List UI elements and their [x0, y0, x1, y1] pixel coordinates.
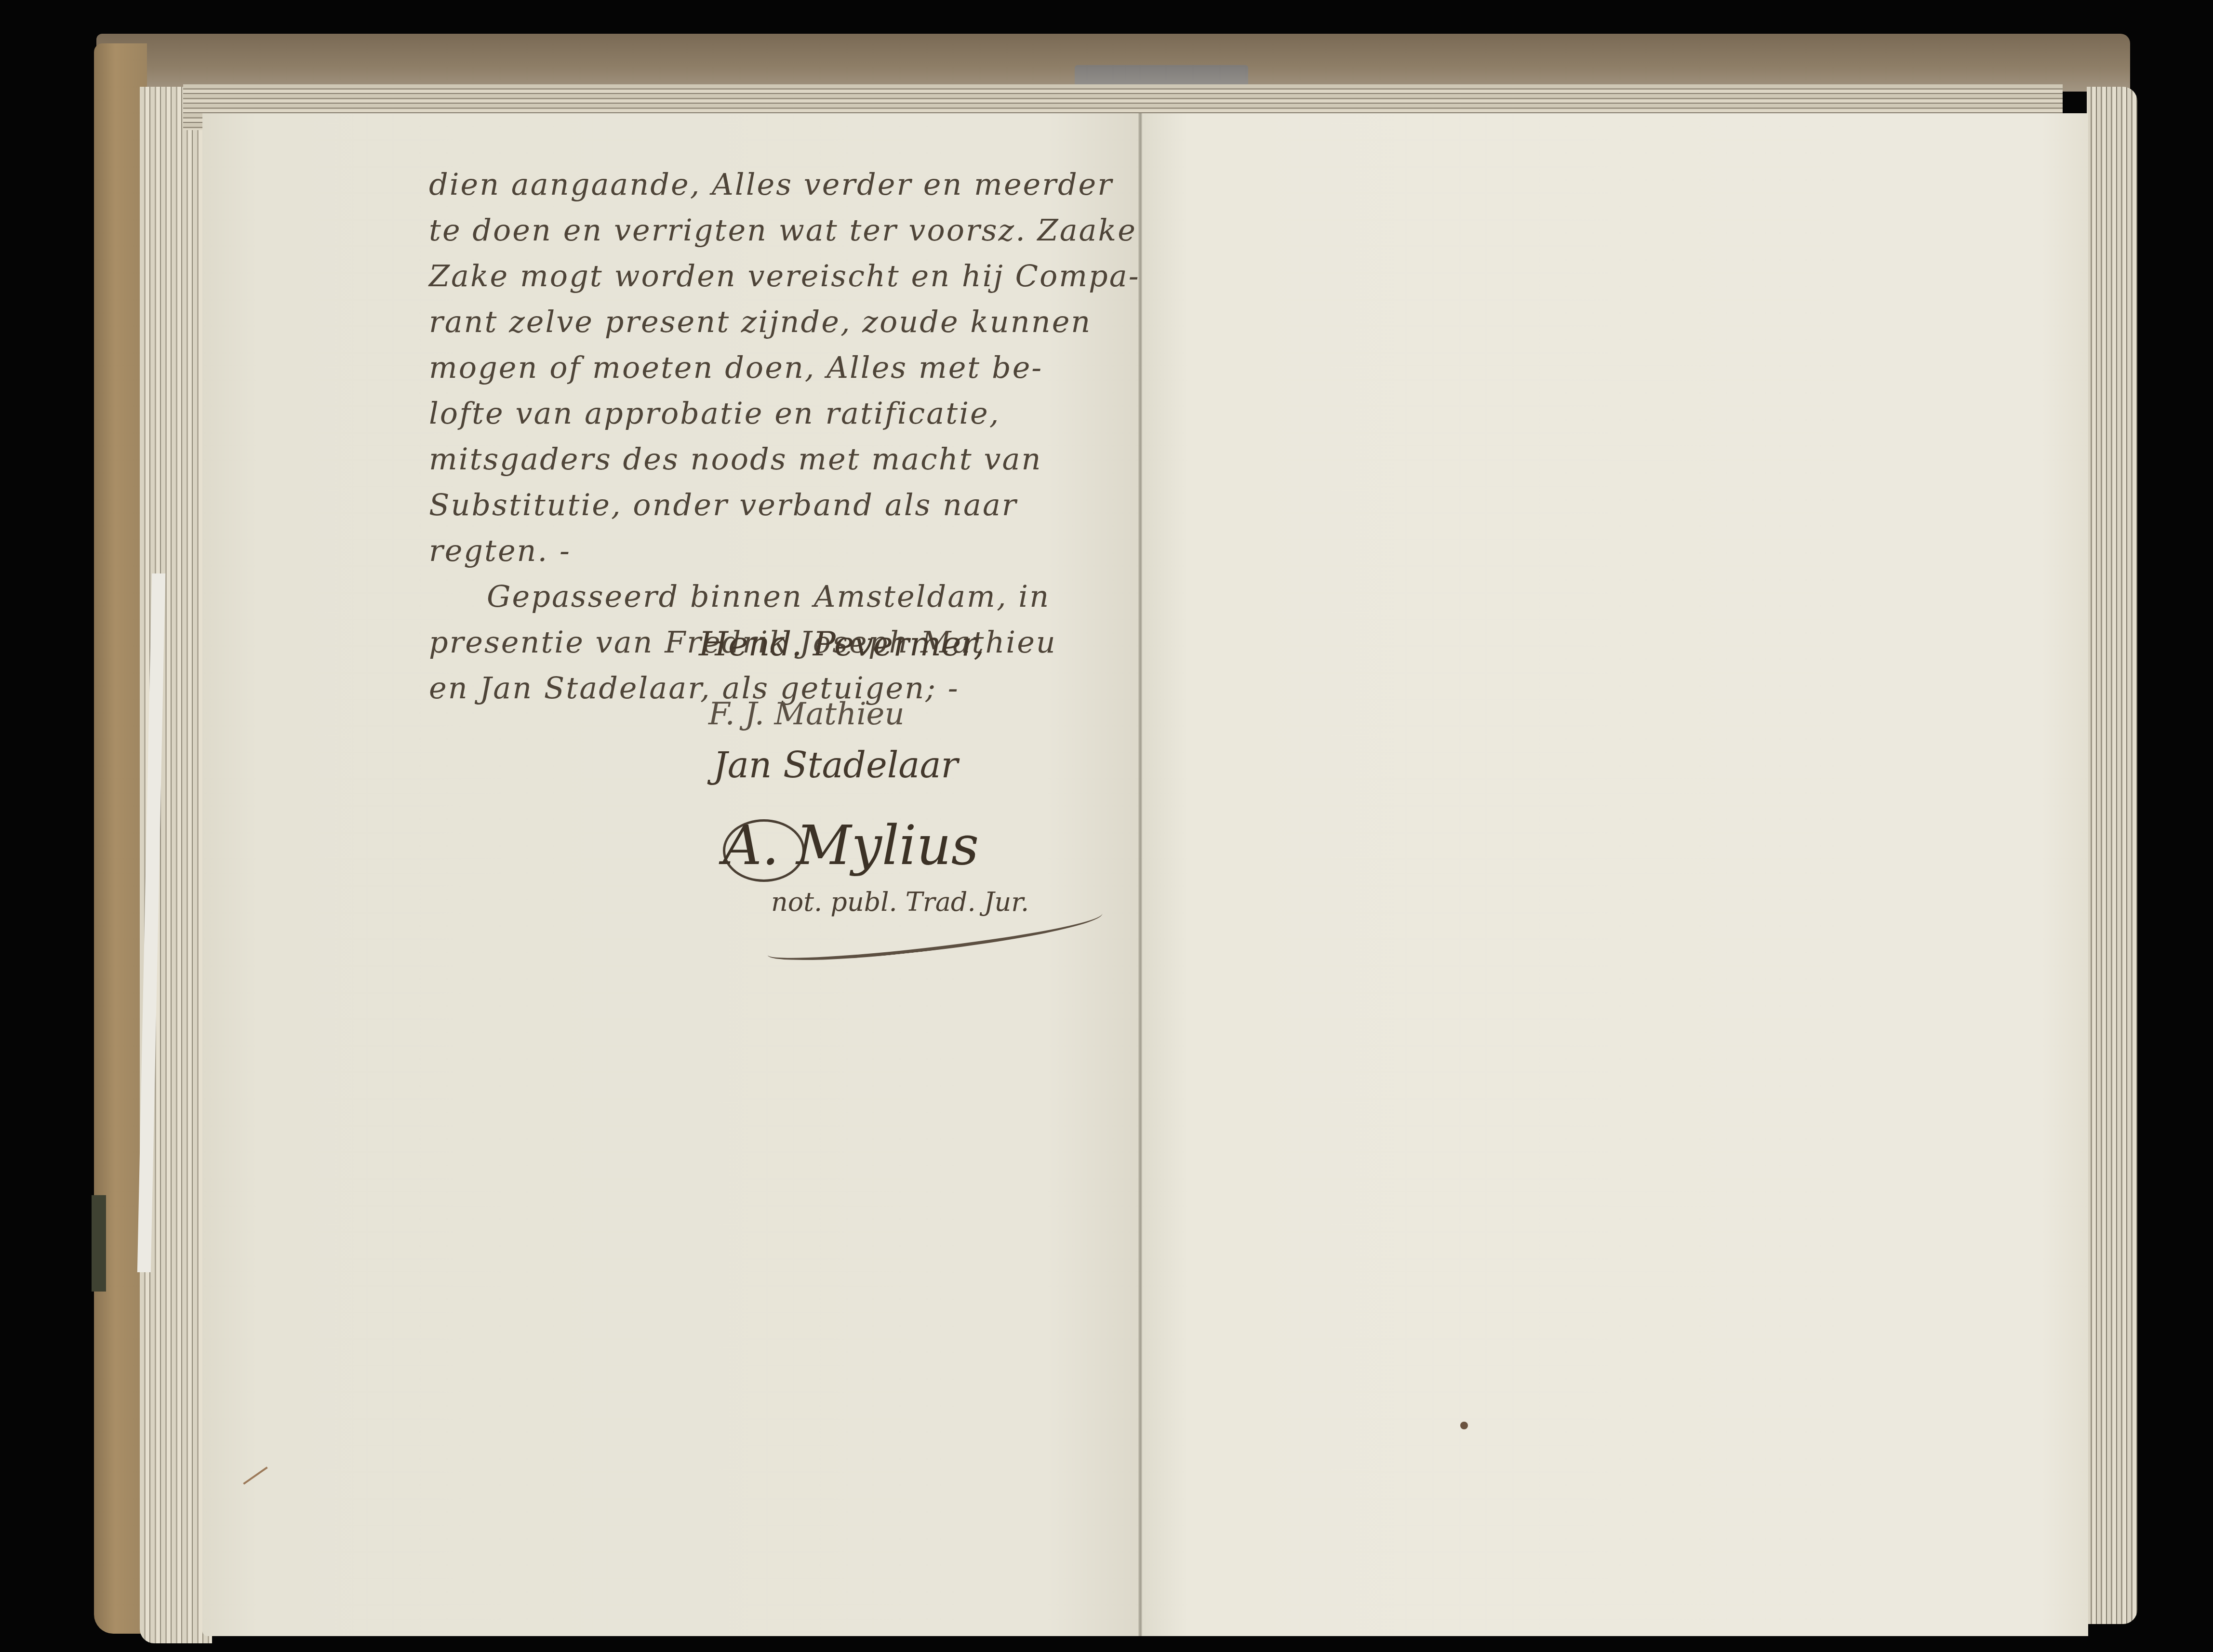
binding-ribbon: [92, 1195, 106, 1292]
gutter: [1138, 113, 1142, 1636]
signature-comparant: Hend. Pevermer,: [699, 624, 985, 664]
text-line: mogen of moeten doen, Alles met be-: [429, 345, 1133, 390]
signature-notary: A. Mylius: [723, 814, 979, 877]
text-line: Zake mogt worden vereischt en hij Compa-: [429, 253, 1133, 299]
text-line: lofte van approbatie en ratificatie,: [429, 390, 1133, 436]
text-line: regten. -: [429, 528, 1133, 573]
text-line: rant zelve present zijnde, zoude kunnen: [429, 299, 1133, 345]
text-line: te doen en verrigten wat ter voorsz. Zaa…: [429, 207, 1133, 253]
signature-witness-mathieu: F. J. Mathieu: [708, 696, 905, 732]
text-line: Gepasseerd binnen Amsteldam, in: [429, 573, 1133, 619]
right-page-blank: [1141, 113, 2088, 1636]
ink-spot: [1460, 1422, 1468, 1429]
open-register-book: dien aangaande, Alles verder en meerder …: [0, 0, 2213, 1652]
page-edges-right: [2087, 87, 2137, 1624]
signature-witness-stadelaar: Jan Stadelaar: [713, 745, 958, 786]
cover-left-board: [94, 43, 147, 1634]
text-line: mitsgaders des noods met macht van: [429, 436, 1133, 482]
text-line: dien aangaande, Alles verder en meerder: [429, 161, 1133, 207]
text-line: Substitutie, onder verband als naar: [429, 482, 1133, 528]
